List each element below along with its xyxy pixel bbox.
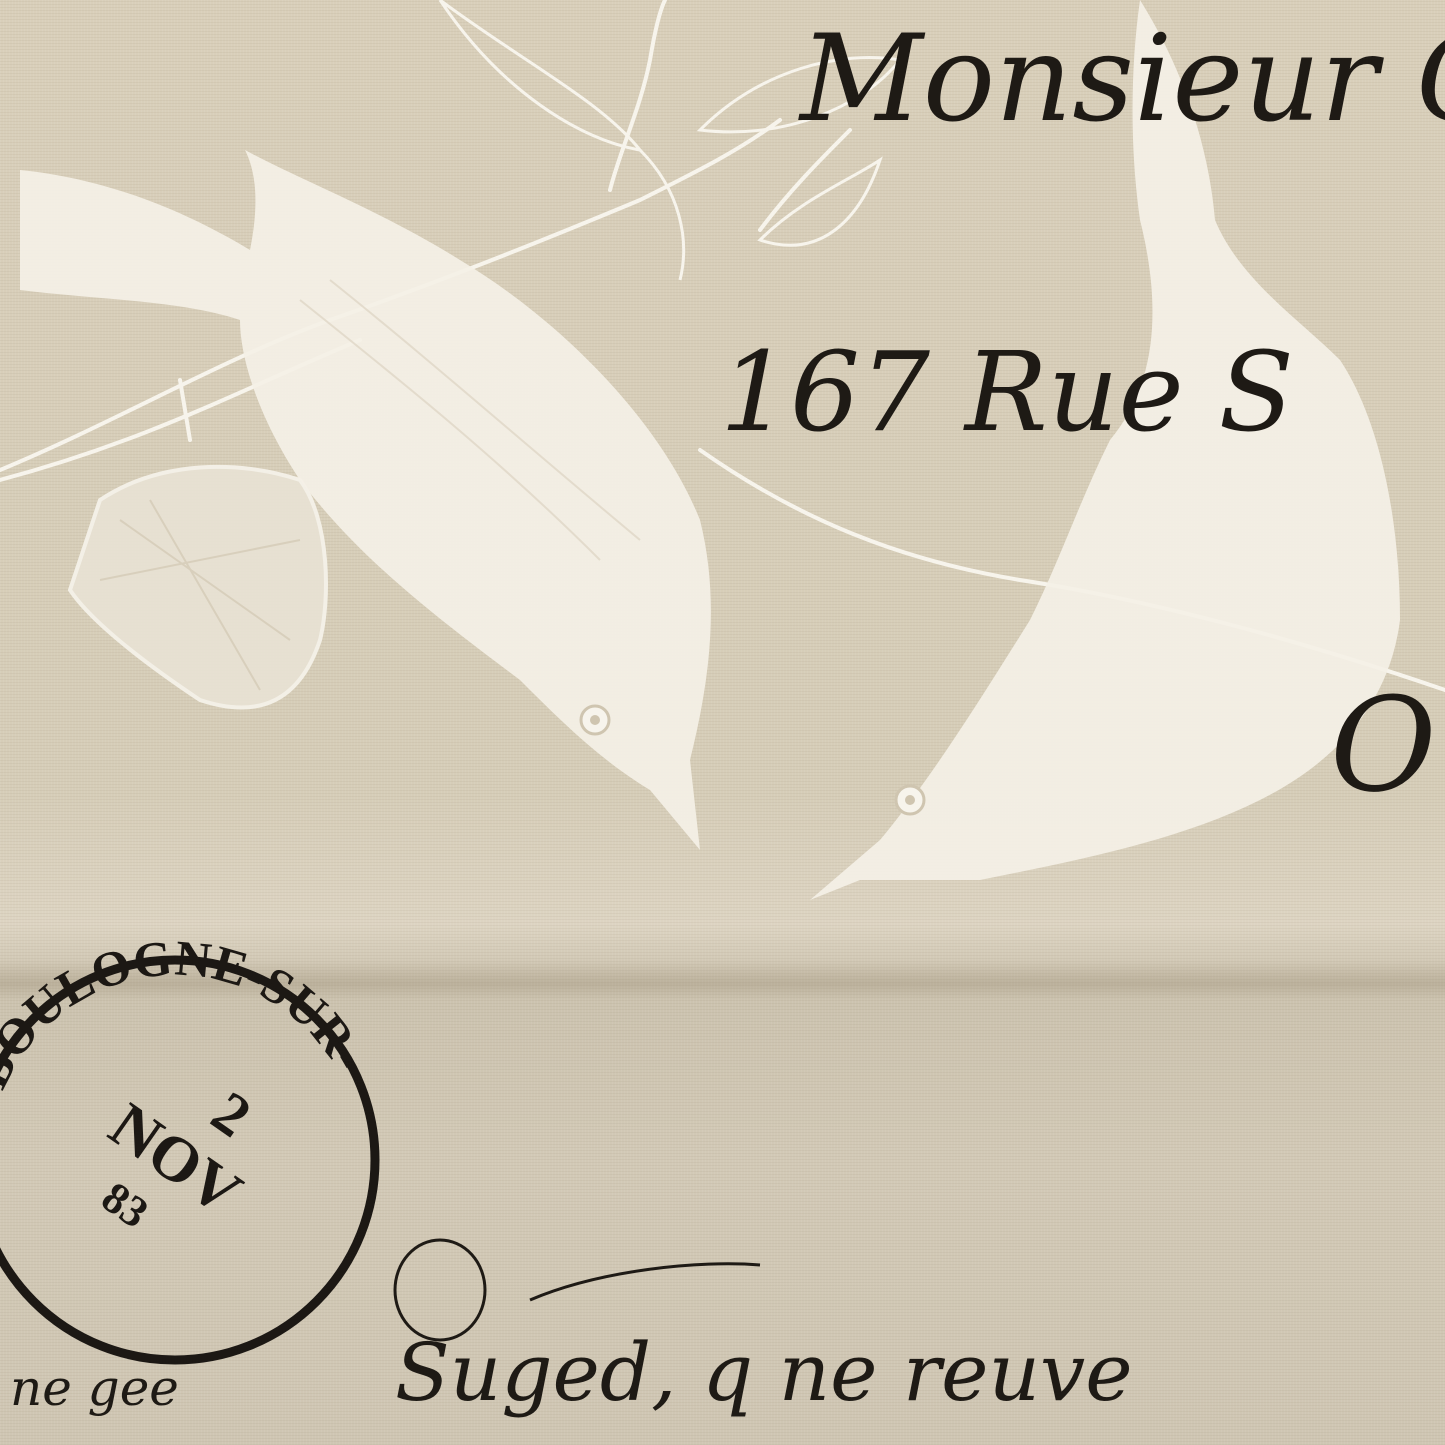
ink-print-layer: Monsieur G 167 Rue S O Suged, q ne reuve… <box>0 0 1445 1445</box>
postmark-stamp: BOULOGNE-SUR- 2 NOV 83 <box>0 929 378 1360</box>
script-line-top: Monsieur G <box>798 10 1445 149</box>
script-line-address: 167 Rue S <box>720 328 1294 456</box>
svg-text:BOULOGNE-SUR-: BOULOGNE-SUR- <box>0 929 378 1096</box>
script-line-bottom: Suged, q ne reuve <box>395 1326 1133 1419</box>
postmark-rim-text: BOULOGNE-SUR- <box>0 929 378 1096</box>
script-line-bottom-left: ne gee <box>10 1359 179 1417</box>
fabric-photo: Monsieur G 167 Rue S O Suged, q ne reuve… <box>0 0 1445 1445</box>
script-fragment-right: O <box>1330 669 1437 821</box>
